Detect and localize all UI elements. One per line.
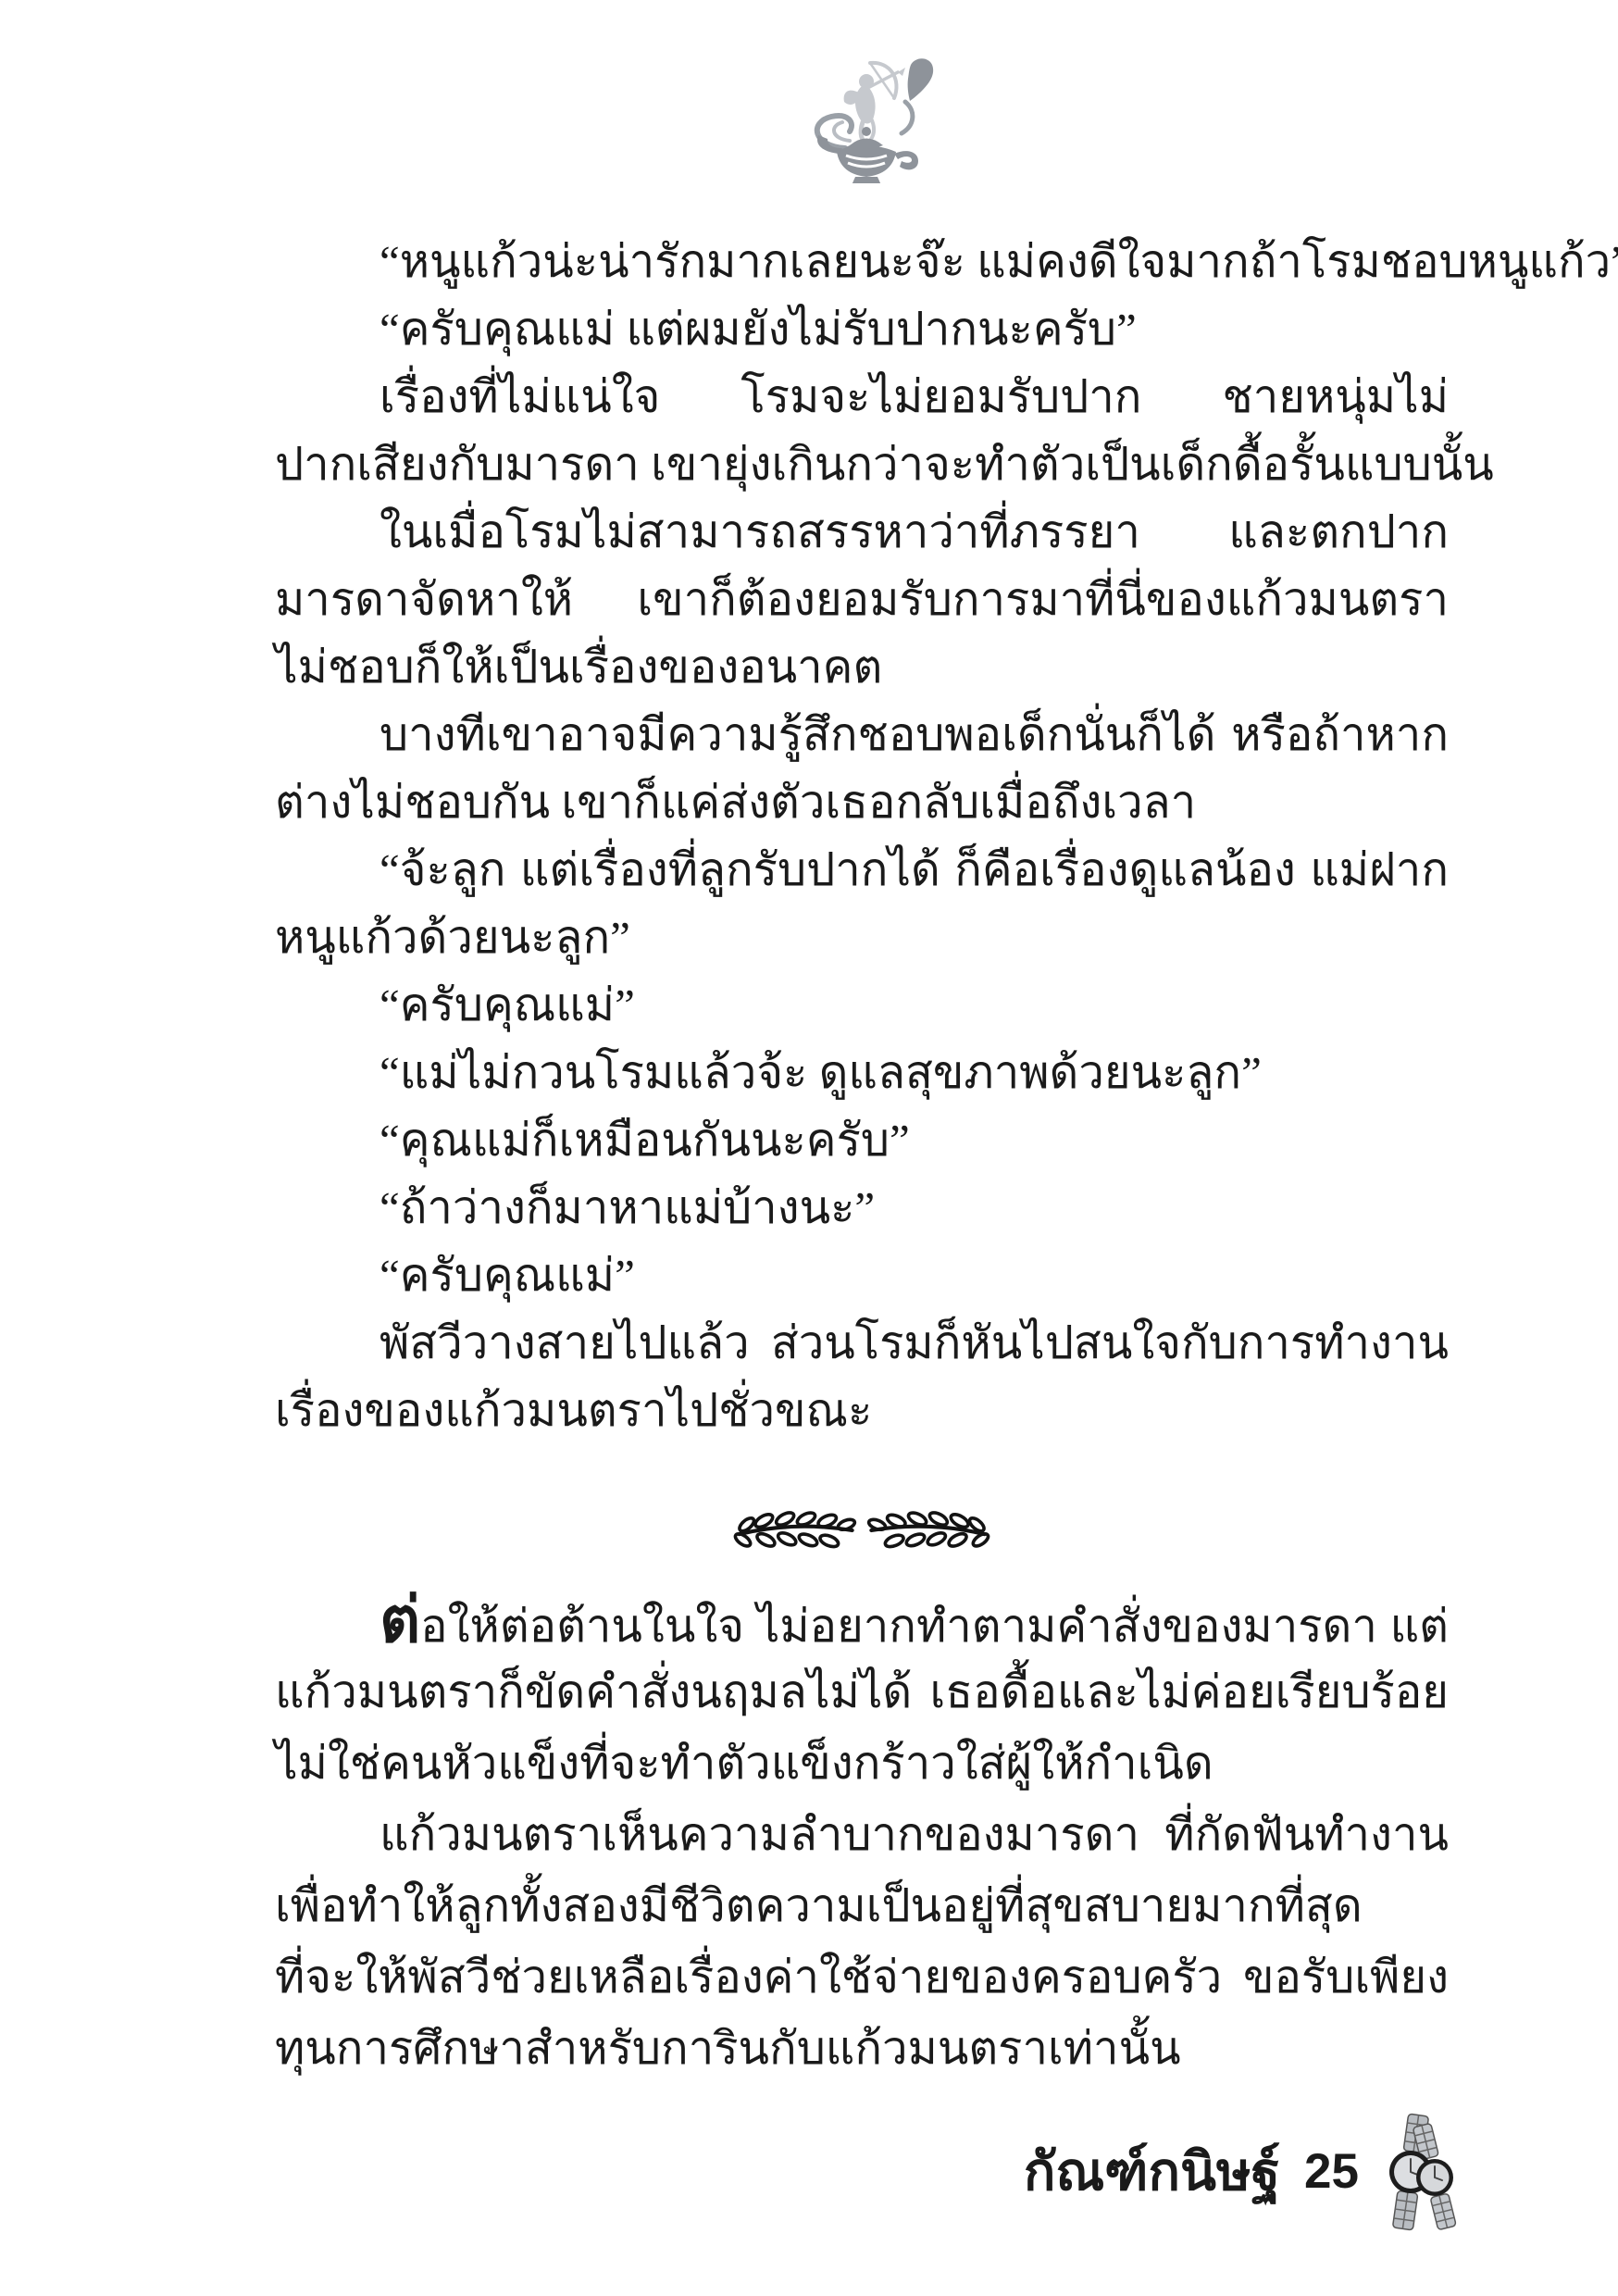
text-line: ปากเสียงกับมารดา เขายุ่งเกินกว่าจะทำตัวเ… [275, 430, 1449, 498]
text-line: “ถ้าว่างก็มาหาแม่บ้างนะ” [275, 1174, 1449, 1242]
book-page: “หนูแก้วน่ะน่ารักมากเลยนะจ๊ะ แม่คงดีใจมา… [0, 0, 1618, 2296]
text-line: มารดาจัดหาให้ เขาก็ต้องยอมรับการมาที่นี่… [275, 566, 1449, 633]
page-footer: กัณฑ์กนิษฐ์ 25 [1024, 2113, 1459, 2231]
text-line: ไม่ใช่คนหัวแข็งที่จะทำตัวแข็งกร้าวใส่ผู้… [275, 1728, 1449, 1799]
text-line: ที่จะให้พัสวีช่วยเหลือเรื่องค่าใช้จ่ายขอ… [275, 1941, 1449, 2013]
text-line: “แม่ไม่กวนโรมแล้วจ้ะ ดูแลสุขภาพด้วยนะลูก… [275, 1039, 1449, 1106]
drop-cap: ต่ [380, 1585, 420, 1655]
text-line: เรื่องที่ไม่แน่ใจ โรมจะไม่ยอมรับปาก ชายห… [275, 363, 1449, 430]
text-line: บางทีเขาอาจมีความรู้สึกชอบพอเด็กนั่นก็ได… [275, 701, 1449, 768]
text-line: ทุนการศึกษาสำหรับการินกับแก้วมนตราเท่านั… [275, 2013, 1449, 2084]
body-text-section-1: “หนูแก้วน่ะน่ารักมากเลยนะจ๊ะ แม่คงดีใจมา… [275, 228, 1449, 1444]
body-text-section-2: ต่อให้ต่อต้านในใจ ไม่อยากทำตามคำสั่งของม… [275, 1585, 1449, 2084]
text-line: แก้วมนตราเห็นความลำบากของมารดา ที่กัดฟัน… [275, 1799, 1449, 1870]
text-line: เรื่องของแก้วมนตราไปชั่วขณะ [275, 1377, 1449, 1444]
text-line: หนูแก้วด้วยนะลูก” [275, 904, 1449, 971]
book-title: กัณฑ์กนิษฐ์ [1024, 2116, 1280, 2227]
text-line: “หนูแก้วน่ะน่ารักมากเลยนะจ๊ะ แม่คงดีใจมา… [275, 228, 1449, 295]
text-line: ต่างไม่ชอบกัน เขาก็แค่ส่งตัวเธอกลับเมื่อ… [275, 768, 1449, 836]
text-line: “ครับคุณแม่ แต่ผมยังไม่รับปากนะครับ” [275, 295, 1449, 363]
text-line: ต่อให้ต่อต้านในใจ ไม่อยากทำตามคำสั่งของม… [275, 1585, 1449, 1656]
text-line: “คุณแม่ก็เหมือนกันนะครับ” [275, 1106, 1449, 1174]
text-line: พัสวีวางสายไปแล้ว ส่วนโรมก็หันไปสนใจกับก… [275, 1309, 1449, 1377]
text-line: “ครับคุณแม่” [275, 971, 1449, 1039]
couple-wristwatches-icon [1383, 2113, 1459, 2231]
text-line: “จ้ะลูก แต่เรื่องที่ลูกรับปากได้ ก็คือเร… [275, 836, 1449, 904]
section-divider [275, 1489, 1449, 1572]
text-line: “ครับคุณแม่” [275, 1242, 1449, 1309]
laurel-divider-icon [728, 1494, 996, 1566]
text-line: ในเมื่อโรมไม่สามารถสรรหาว่าที่ภรรยา และต… [275, 498, 1449, 566]
text-line: ไม่ชอบก็ให้เป็นเรื่องของอนาคต [275, 633, 1449, 701]
page-number: 25 [1304, 2116, 1359, 2227]
genie-lamp-cupid-heart-ornament-icon [794, 44, 939, 183]
text-line: แก้วมนตราก็ขัดคำสั่งนฤมลไม่ได้ เธอดื้อแล… [275, 1656, 1449, 1728]
text-line: เพื่อทำให้ลูกทั้งสองมีชีวิตความเป็นอยู่ท… [275, 1870, 1449, 1941]
